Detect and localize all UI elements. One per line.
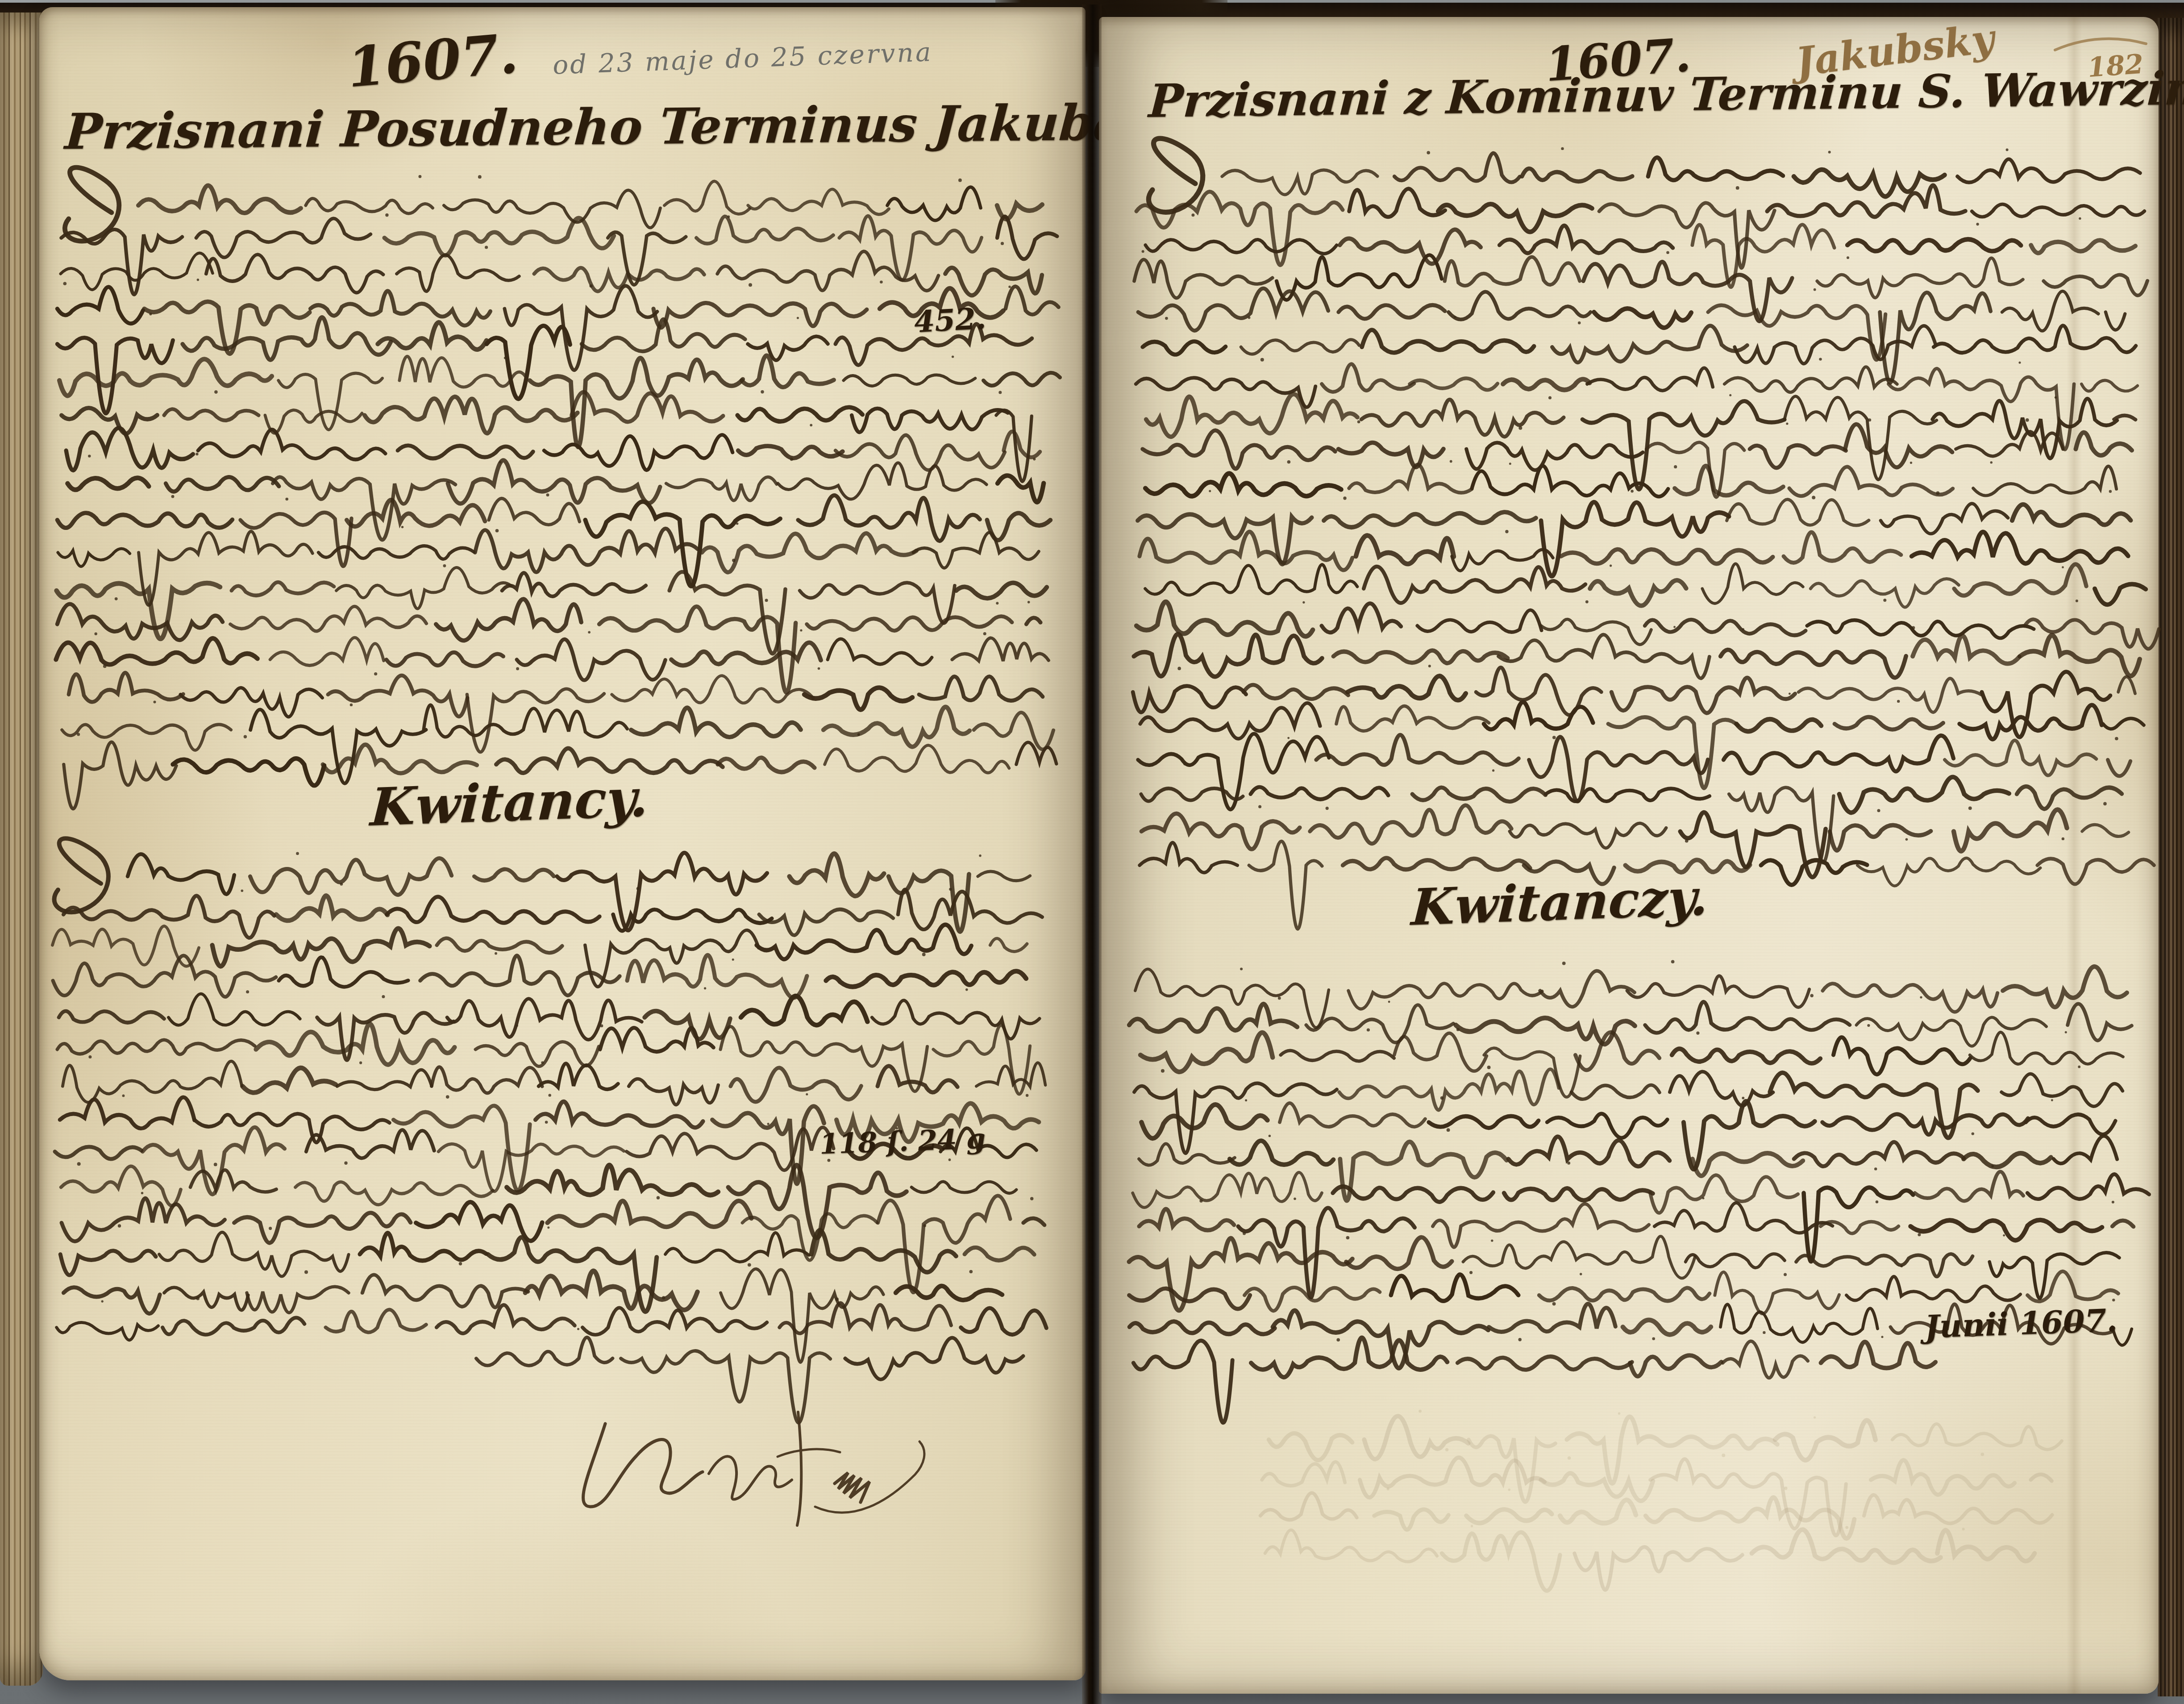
right-page-stack-edge [2158, 18, 2184, 1696]
bleedthrough-text [1255, 1419, 2059, 1579]
left-year-heading: 1607. [345, 26, 520, 95]
amount-total: 118 ſ. 24 g [819, 1125, 986, 1158]
amount-quarter: 452. [913, 304, 986, 337]
archivist-date-note: od 23 maje do 25 czervna [552, 39, 933, 78]
right-page-title: Przisnani z Kominuv Terminu S. Wawrzincz… [1148, 62, 2184, 124]
handwritten-paragraph [1126, 966, 2132, 1412]
left-kwitance-heading: Kwitancy. [369, 772, 650, 833]
signature-flourish [548, 1389, 950, 1532]
book-gutter [1082, 4, 1102, 1704]
right-kwitance-heading: Kwitanczy. [1410, 872, 1710, 933]
left-manuscript-page: 1607. od 23 maje do 25 czervna Przisnani… [39, 7, 1086, 1680]
date-junii-1607: Junii 1607. [1924, 1304, 2118, 1342]
manuscript-book-photo: 1607. od 23 maje do 25 czervna Przisnani… [0, 0, 2184, 1704]
right-manuscript-page: 1607. Jakubsky 182 Przisnani z Kominuv T… [1099, 17, 2159, 1694]
handwritten-paragraph [53, 182, 1055, 780]
handwritten-paragraph [1130, 153, 2146, 885]
left-page-stack-edge [0, 12, 43, 1686]
